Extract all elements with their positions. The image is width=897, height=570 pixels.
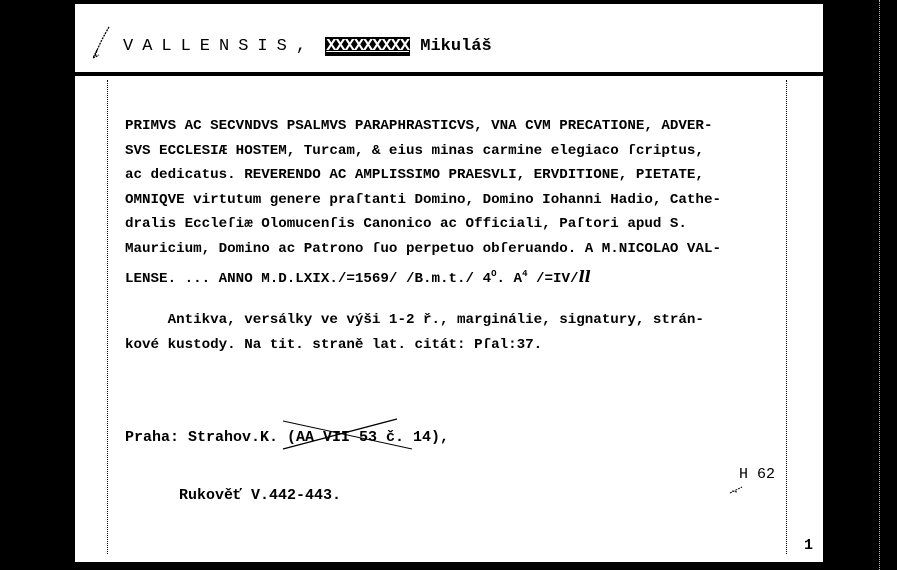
- scan-edge-artifact: [879, 0, 880, 570]
- card-heading: VALLENSIS, XXXXXXXXX Mikuláš: [123, 37, 492, 56]
- notes-line: kové kustody. Na tit. straně lat. citát:…: [125, 333, 790, 358]
- struck-out-text: XXXXXXXXX: [325, 37, 410, 56]
- title-line: Mauricium, Domino ac Patrono ſuo perpetu…: [125, 237, 790, 262]
- physical-notes: Antikva, versálky ve výši 1-2 ř., margin…: [125, 308, 790, 357]
- pencil-tick-icon: [729, 486, 743, 494]
- title-line: SVS ECCLESIÆ HOSTEM, Turcam, & eius mina…: [125, 139, 790, 164]
- title-line: OMNIQVE virtutum genere praſtanti Domino…: [125, 188, 790, 213]
- handwritten-annotation: ll: [579, 267, 591, 286]
- cross-out-icon: [277, 415, 417, 455]
- imprint-line: LENSE. ... ANNO M.D.LXIX./=1569/ /B.m.t.…: [125, 262, 790, 292]
- catalog-card: VALLENSIS, XXXXXXXXX Mikuláš PRIMVS AC S…: [75, 4, 823, 562]
- title-line: dralis Eccleſiæ Olomucenſis Canonico ac …: [125, 212, 790, 237]
- shelfmark: H 62: [739, 466, 775, 483]
- header-divider: [75, 72, 823, 76]
- page-number: 1: [804, 537, 813, 554]
- title-description: PRIMVS AC SECVNDVS PSALMVS PARAPHRASTICV…: [125, 114, 790, 291]
- holding-location: Praha: Strahov.K. (AA VII 53 č. 14),: [125, 429, 449, 446]
- notes-line: Antikva, versálky ve výši 1-2 ř., margin…: [125, 308, 790, 333]
- author-given-name: Mikuláš: [420, 37, 491, 56]
- title-line: PRIMVS AC SECVNDVS PSALMVS PARAPHRASTICV…: [125, 114, 790, 139]
- bibliographic-reference: Rukověť V.442-443.: [179, 487, 341, 504]
- handwritten-mark-icon: [85, 24, 115, 64]
- left-margin-line: [107, 80, 108, 554]
- title-line: ac dedicatus. REVERENDO AC AMPLISSIMO PR…: [125, 163, 790, 188]
- author-surname: VALLENSIS,: [123, 37, 315, 56]
